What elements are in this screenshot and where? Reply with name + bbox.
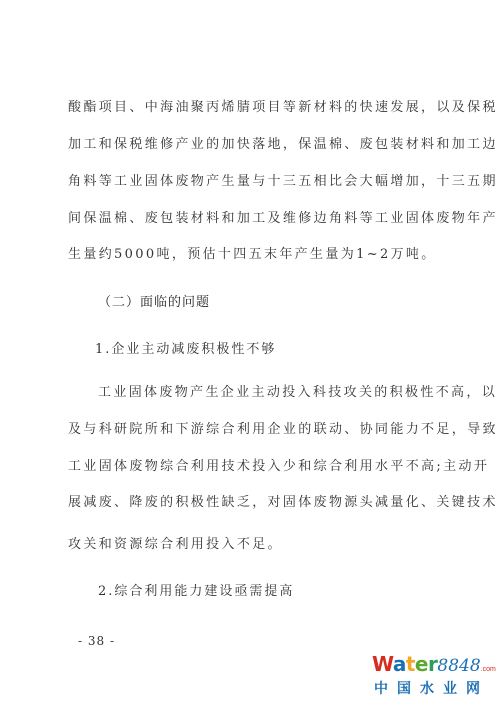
logo-chinese-name: 中国水业网 — [374, 678, 489, 698]
paragraph-line: 生量约5000吨，预估十四五末年产生量为1~2万吨。 — [68, 247, 437, 263]
logo-number: 8848 — [437, 656, 480, 676]
section-heading: （二）面临的问题 — [98, 295, 210, 311]
paragraph-line: 酸酯项目、中海油聚丙烯腈项目等新材料的快速发展，以及保税 — [68, 100, 498, 116]
logo-letter: r — [428, 652, 437, 676]
subheading-2: 2.综合利用能力建设亟需提高 — [98, 584, 294, 600]
logo-letter: a — [393, 652, 406, 676]
logo-word: Water — [372, 652, 437, 676]
logo-letter: W — [372, 652, 393, 676]
logo-letter: t — [406, 652, 415, 676]
paragraph-line: 工业固体废物综合利用技术投入少和综合利用水平不高;主动开 — [68, 459, 489, 475]
subheading-1: 1.企业主动减废积极性不够 — [95, 342, 276, 358]
page-number: - 38 - — [78, 634, 115, 648]
paragraph-line: 及与科研院所和下游综合利用企业的联动、协同能力不足，导致 — [68, 422, 498, 438]
paragraph-line: 攻关和资源综合利用投入不足。 — [68, 537, 283, 553]
paragraph-line: 间保温棉、废包装材料和加工及维修边角料等工业固体废物年产 — [68, 211, 498, 227]
paragraph-line: 角料等工业固体废物产生量与十三五相比会大幅增加，十三五期 — [68, 174, 498, 190]
document-page: 酸酯项目、中海油聚丙烯腈项目等新材料的快速发展，以及保税 加工和保税维修产业的加… — [0, 0, 500, 707]
logo-domain-suffix: .com — [481, 666, 496, 673]
logo-wordmark: Water8848.com — [372, 652, 496, 676]
paragraph-line: 加工和保税维修产业的加快落地，保温棉、废包装材料和加工边 — [68, 137, 498, 153]
paragraph-line: 工业固体废物产生企业主动投入科技攻关的积极性不高，以 — [98, 385, 497, 401]
paragraph-line: 展减废、降废的积极性缺乏，对固体废物源头减量化、关键技术 — [68, 495, 498, 511]
logo-letter: e — [415, 652, 428, 676]
watermark-logo: Water8848.com 中国水业网 — [372, 652, 500, 702]
